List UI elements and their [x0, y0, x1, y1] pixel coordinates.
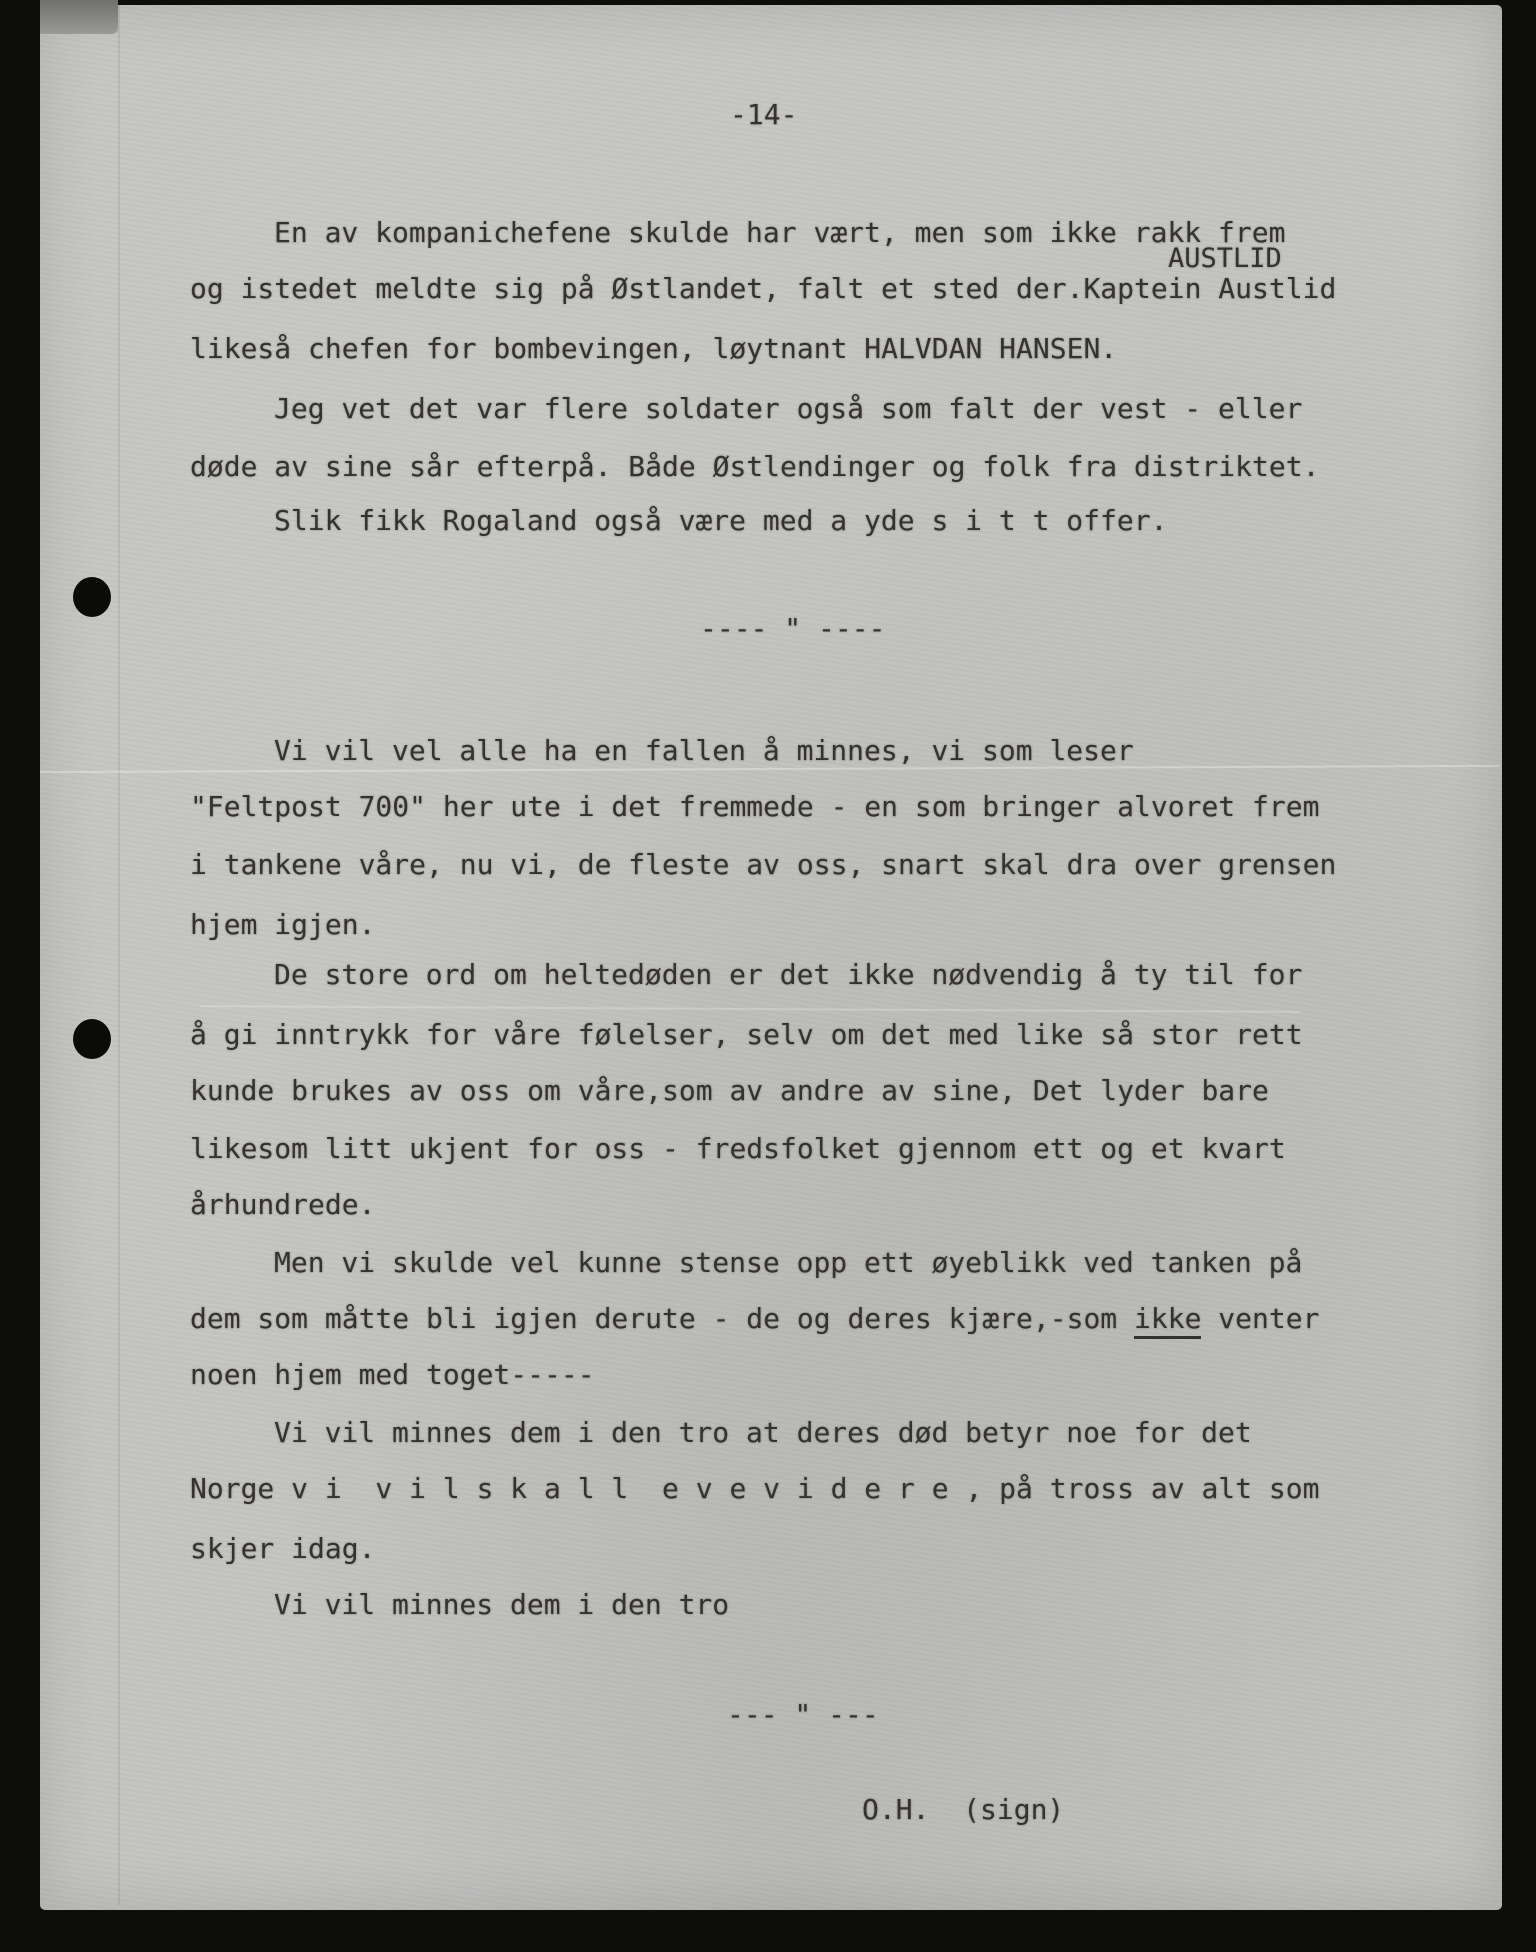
- hole-punch-bottom: [73, 1019, 111, 1059]
- typed-line: likesom litt ukjent for oss - fredsfolke…: [190, 1134, 1286, 1164]
- typed-line: hjem igjen.: [190, 910, 375, 940]
- typed-line: De store ord om heltedøden er det ikke n…: [274, 960, 1302, 990]
- typed-text: dem som måtte bli igjen derute - de og d…: [190, 1302, 1134, 1335]
- section-separator: --- " ---: [727, 1700, 879, 1730]
- signature: O.H. (sign): [862, 1795, 1064, 1825]
- typed-line: noen hjem med toget-----: [190, 1360, 595, 1390]
- typed-line: Slik fikk Rogaland også være med a yde s…: [274, 506, 1167, 536]
- typed-line: Vi vil minnes dem i den tro: [274, 1590, 729, 1620]
- typed-line: Men vi skulde vel kunne stense opp ett ø…: [274, 1248, 1302, 1278]
- typed-line: skjer idag.: [190, 1534, 375, 1564]
- hole-punch-top: [73, 577, 111, 617]
- typed-line: En av kompanichefene skulde har vært, me…: [274, 218, 1285, 248]
- typed-line: å gi inntrykk for våre følelser, selv om…: [190, 1020, 1303, 1050]
- section-separator: ---- " ----: [700, 614, 885, 644]
- scanned-document-background: -14- En av kompanichefene skulde har vær…: [0, 0, 1536, 1952]
- under-sheet-corner: [40, 0, 118, 34]
- typed-correction-insert: AUSTLID: [1168, 244, 1282, 274]
- scanner-bed-bottom-edge: [0, 1910, 1536, 1952]
- typed-line: Vi vil vel alle ha en fallen å minnes, v…: [274, 736, 1134, 766]
- typed-line: kunde brukes av oss om våre,som av andre…: [190, 1076, 1269, 1106]
- typed-line: Norge v i v i l s k a l l e v e v i d e …: [190, 1474, 1319, 1504]
- typed-line: døde av sine sår efterpå. Både Østlendin…: [190, 452, 1319, 482]
- typed-line-with-underline: dem som måtte bli igjen derute - de og d…: [190, 1304, 1319, 1334]
- fold-crease-line: [118, 5, 120, 1905]
- typed-line: Vi vil minnes dem i den tro at deres død…: [274, 1418, 1252, 1448]
- typed-text: venter: [1201, 1302, 1319, 1335]
- typed-line: Jeg vet det var flere soldater også som …: [274, 394, 1302, 424]
- typed-line: århundrede.: [190, 1190, 375, 1220]
- page-number: -14-: [730, 100, 797, 130]
- underlined-word: ikke: [1134, 1302, 1201, 1339]
- typed-line: og istedet meldte sig på Østlandet, falt…: [190, 274, 1336, 304]
- typed-line: "Feltpost 700" her ute i det fremmede - …: [190, 792, 1319, 822]
- typed-line: likeså chefen for bombevingen, løytnant …: [190, 334, 1117, 364]
- typed-line: i tankene våre, nu vi, de fleste av oss,…: [190, 850, 1336, 880]
